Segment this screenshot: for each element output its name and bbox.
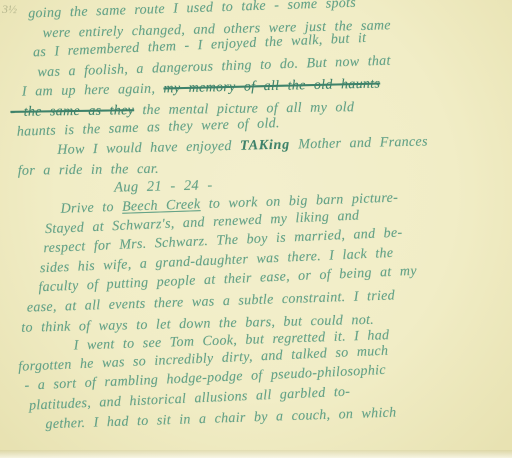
line-text: How I would have enjoyed: [57, 139, 240, 158]
journal-page: 3½ going the same route I used to take -…: [0, 0, 512, 458]
underlined-place-name: Beech Creek: [122, 197, 201, 215]
emphasized-word: TAKing: [240, 138, 290, 154]
strikethrough-text: - the same as they: [10, 103, 134, 120]
journal-text: going the same route I used to take - so…: [6, 0, 512, 436]
strikethrough-text: my memory of all the old haunts: [163, 77, 380, 97]
line-text: I am up here again,: [22, 82, 164, 100]
date-text: Aug 21 - 24 -: [114, 178, 213, 196]
line-text: for a ride in the car.: [18, 162, 159, 179]
line-text: Drive to: [60, 200, 122, 217]
line-text: Mother and Frances: [290, 135, 428, 153]
